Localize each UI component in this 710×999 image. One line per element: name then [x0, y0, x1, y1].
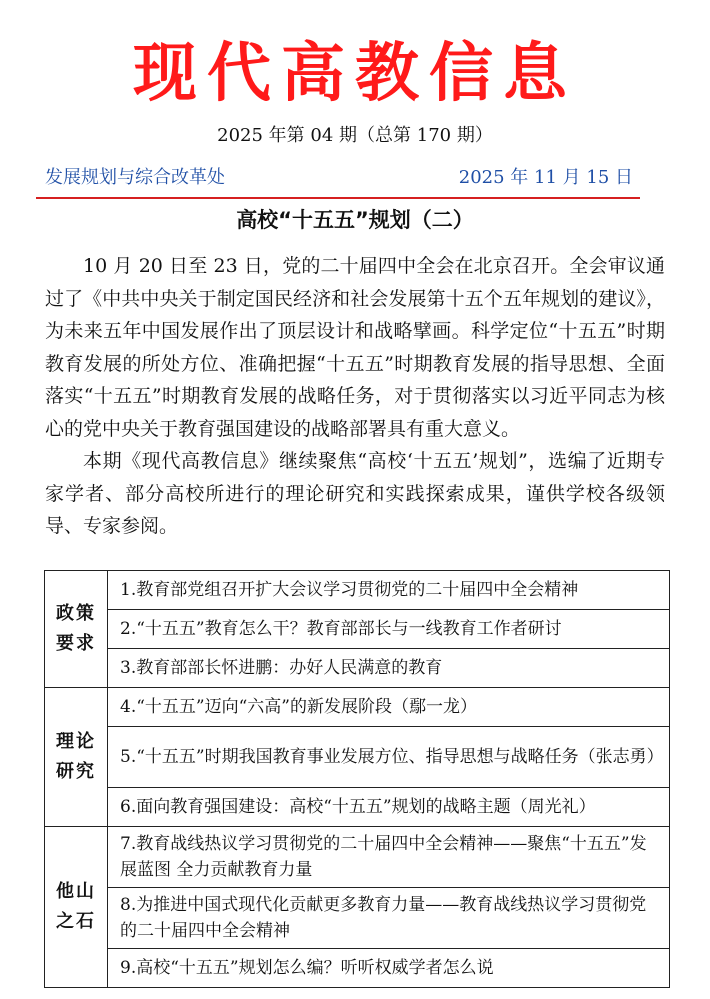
issue-number: 2025 年第 04 期（总第 170 期）: [0, 124, 710, 148]
department-name: 发展规划与综合改革处: [45, 166, 225, 190]
toc-item[interactable]: 9.高校“十五五”规划怎么编？听听权威学者怎么说: [108, 949, 670, 988]
table-row: 他山之石 7.教育战线热议学习贯彻党的二十届四中全会精神——聚焦“十五五”发展蓝…: [45, 827, 670, 888]
toc-item[interactable]: 5.“十五五”时期我国教育事业发展方位、指导思想与战略任务（张志勇）: [108, 727, 670, 788]
masthead-title: 现代高教信息: [0, 34, 710, 114]
header-divider: [36, 197, 640, 199]
category-policy: 政策要求: [45, 571, 108, 688]
category-theory: 理论研究: [45, 688, 108, 827]
table-row: 6.面向教育强国建设：高校“十五五”规划的战略主题（周光礼）: [45, 788, 670, 827]
table-row: 政策要求 1.教育部党组召开扩大会议学习贯彻党的二十届四中全会精神: [45, 571, 670, 610]
toc-item[interactable]: 2.“十五五”教育怎么干？教育部部长与一线教育工作者研讨: [108, 610, 670, 649]
table-row: 5.“十五五”时期我国教育事业发展方位、指导思想与战略任务（张志勇）: [45, 727, 670, 788]
toc-item[interactable]: 7.教育战线热议学习贯彻党的二十届四中全会精神——聚焦“十五五”发展蓝图 全力贡…: [108, 827, 670, 888]
table-row: 3.教育部部长怀进鹏：办好人民满意的教育: [45, 649, 670, 688]
toc-item[interactable]: 3.教育部部长怀进鹏：办好人民满意的教育: [108, 649, 670, 688]
toc-item[interactable]: 8.为推进中国式现代化贡献更多教育力量——教育战线热议学习贯彻党的二十届四中全会…: [108, 888, 670, 949]
table-row: 8.为推进中国式现代化贡献更多教育力量——教育战线热议学习贯彻党的二十届四中全会…: [45, 888, 670, 949]
publication-date: 2025 年 11 月 15 日: [459, 166, 633, 190]
article-body: 10 月 20 日至 23 日，党的二十届四中全会在北京召开。全会审议通过了《中…: [45, 250, 665, 543]
article-title: 高校“十五五”规划（二）: [0, 204, 710, 236]
intro-paragraph: 10 月 20 日至 23 日，党的二十届四中全会在北京召开。全会审议通过了《中…: [45, 250, 665, 445]
table-of-contents: 政策要求 1.教育部党组召开扩大会议学习贯彻党的二十届四中全会精神 2.“十五五…: [44, 570, 670, 988]
table-row: 9.高校“十五五”规划怎么编？听听权威学者怎么说: [45, 949, 670, 988]
table-row: 理论研究 4.“十五五”迈向“六高”的新发展阶段（鄢一龙）: [45, 688, 670, 727]
category-examples: 他山之石: [45, 827, 108, 988]
toc-item[interactable]: 1.教育部党组召开扩大会议学习贯彻党的二十届四中全会精神: [108, 571, 670, 610]
intro-paragraph: 本期《现代高教信息》继续聚焦“高校‘十五五’规划”，选编了近期专家学者、部分高校…: [45, 445, 665, 543]
table-row: 2.“十五五”教育怎么干？教育部部长与一线教育工作者研讨: [45, 610, 670, 649]
toc-item[interactable]: 4.“十五五”迈向“六高”的新发展阶段（鄢一龙）: [108, 688, 670, 727]
toc-item[interactable]: 6.面向教育强国建设：高校“十五五”规划的战略主题（周光礼）: [108, 788, 670, 827]
